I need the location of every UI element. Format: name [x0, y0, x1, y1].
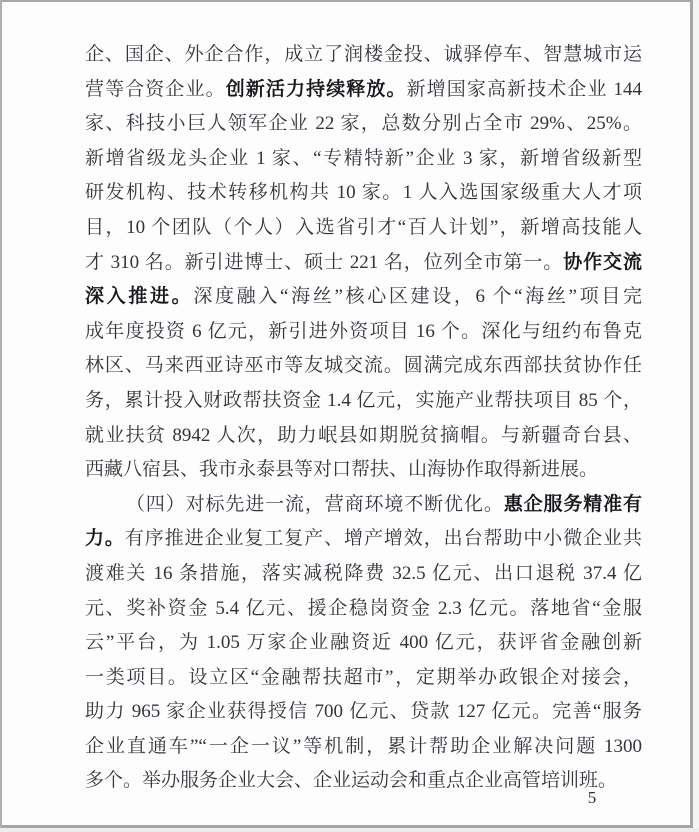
body-text: 家、科技小巨人领军企业 22 家，总数分别占全市 29%、25%。	[85, 113, 642, 134]
body-text: 有序推进企业复工复产、增产增效，出台帮助中小微企业共	[125, 528, 642, 549]
text-line: 林区、马来西亚诗巫市等友城交流。圆满完成东西部扶贫协作任	[85, 349, 642, 384]
body-text: 企业直通车”“一企一议”等机制，累计帮助企业解决问题 1300	[85, 736, 642, 757]
body-text: 企、国企、外企合作，成立了润楼金投、诚驿停车、智慧城市运	[85, 44, 642, 65]
body-text: 才 310 名。新引进博士、硕士 221 名，位列全市第一。	[85, 252, 563, 273]
body-text: 深度融入“海丝”核心区建设，6 个“海丝”项目完	[193, 286, 642, 307]
body-text: 新增国家高新技术企业 144	[407, 79, 642, 100]
text-line: 元、奖补资金 5.4 亿元、援企稳岗资金 2.3 亿元。落地省“金服	[85, 592, 642, 627]
body-text: 务，累计投入财政帮扶资金 1.4 亿元，实施产业帮扶项目 85 个，	[85, 390, 642, 411]
page-edge-bottom	[2, 825, 693, 828]
text-line: （四）对标先进一流，营商环境不断优化。惠企服务精准有	[85, 488, 642, 523]
text-line: 务，累计投入财政帮扶资金 1.4 亿元，实施产业帮扶项目 85 个，	[85, 384, 642, 419]
bold-emphasis-text: 协作交流	[563, 252, 642, 273]
bold-emphasis-text: 创新活力持续释放。	[226, 79, 407, 100]
body-text: 云”平台，为 1.05 万家企业融资近 400 亿元，获评省金融创新	[85, 632, 642, 653]
text-line: 新增省级龙头企业 1 家、“专精特新”企业 3 家，新增省级新型	[85, 142, 642, 177]
text-line: 一类项目。设立区“金融帮扶超市”，定期举办政银企对接会，	[85, 661, 642, 696]
text-line: 家、科技小巨人领军企业 22 家，总数分别占全市 29%、25%。	[85, 107, 642, 142]
body-text: 助力 965 家企业获得授信 700 亿元、贷款 127 亿元。完善“服务	[85, 701, 642, 722]
scanned-document-page: 企、国企、外企合作，成立了润楼金投、诚驿停车、智慧城市运营等合资企业。创新活力持…	[0, 0, 699, 832]
body-text: 目，10 个团队（个人）入选省引才“百人计划”，新增高技能人	[85, 217, 642, 238]
body-text: 渡难关 16 条措施，落实减税降费 32.5 亿元、出口退税 37.4 亿	[85, 563, 642, 584]
text-line: 西藏八宿县、我市永泰县等对口帮扶、山海协作取得新进展。	[85, 453, 642, 488]
document-body-text: 企、国企、外企合作，成立了润楼金投、诚驿停车、智慧城市运营等合资企业。创新活力持…	[85, 38, 642, 799]
body-text: 营等合资企业。	[85, 79, 226, 100]
body-text: 西藏八宿县、我市永泰县等对口帮扶、山海协作取得新进展。	[85, 459, 598, 480]
body-text: 一类项目。设立区“金融帮扶超市”，定期举办政银企对接会，	[85, 667, 642, 688]
text-line: 成年度投资 6 亿元，新引进外资项目 16 个。深化与纽约布鲁克	[85, 315, 642, 350]
page-edge-bottom-margin	[0, 828, 699, 832]
text-line: 助力 965 家企业获得授信 700 亿元、贷款 127 亿元。完善“服务	[85, 695, 642, 730]
text-line: 渡难关 16 条措施，落实减税降费 32.5 亿元、出口退税 37.4 亿	[85, 557, 642, 592]
text-line: 力。有序推进企业复工复产、增产增效，出台帮助中小微企业共	[85, 522, 642, 557]
page-edge-right-margin	[693, 0, 699, 832]
page-edge-top	[0, 0, 699, 2]
text-line: 企业直通车”“一企一议”等机制，累计帮助企业解决问题 1300	[85, 730, 642, 765]
body-text: 研发机构、技术转移机构共 10 家。1 人入选国家级重大人才项	[85, 182, 642, 203]
body-text: 成年度投资 6 亿元，新引进外资项目 16 个。深化与纽约布鲁克	[85, 321, 642, 342]
text-line: 就业扶贫 8942 人次，助力岷县如期脱贫摘帽。与新疆奇台县、	[85, 419, 642, 454]
text-line: 云”平台，为 1.05 万家企业融资近 400 亿元，获评省金融创新	[85, 626, 642, 661]
bold-emphasis-text: 力。	[85, 528, 125, 549]
body-text: （四）对标先进一流，营商环境不断优化。	[126, 494, 504, 515]
page-number: 5	[582, 787, 602, 809]
text-line: 才 310 名。新引进博士、硕士 221 名，位列全市第一。协作交流	[85, 246, 642, 281]
body-text: 新增省级龙头企业 1 家、“专精特新”企业 3 家，新增省级新型	[85, 148, 642, 169]
bold-emphasis-text: 深入推进。	[85, 286, 193, 307]
body-text: 元、奖补资金 5.4 亿元、援企稳岗资金 2.3 亿元。落地省“金服	[85, 598, 642, 619]
body-text: 林区、马来西亚诗巫市等友城交流。圆满完成东西部扶贫协作任	[85, 355, 642, 376]
page-edge-left	[0, 0, 2, 832]
body-text: 就业扶贫 8942 人次，助力岷县如期脱贫摘帽。与新疆奇台县、	[85, 425, 642, 446]
text-line: 企、国企、外企合作，成立了润楼金投、诚驿停车、智慧城市运	[85, 38, 642, 73]
bold-emphasis-text: 惠企服务精准有	[504, 494, 642, 515]
text-line: 多个。举办服务企业大会、企业运动会和重点企业高管培训班。	[85, 764, 642, 799]
text-line: 深入推进。深度融入“海丝”核心区建设，6 个“海丝”项目完	[85, 280, 642, 315]
text-line: 研发机构、技术转移机构共 10 家。1 人入选国家级重大人才项	[85, 176, 642, 211]
body-text: 多个。举办服务企业大会、企业运动会和重点企业高管培训班。	[85, 770, 617, 791]
text-line: 营等合资企业。创新活力持续释放。新增国家高新技术企业 144	[85, 73, 642, 108]
text-line: 目，10 个团队（个人）入选省引才“百人计划”，新增高技能人	[85, 211, 642, 246]
page-edge-right	[690, 0, 693, 828]
